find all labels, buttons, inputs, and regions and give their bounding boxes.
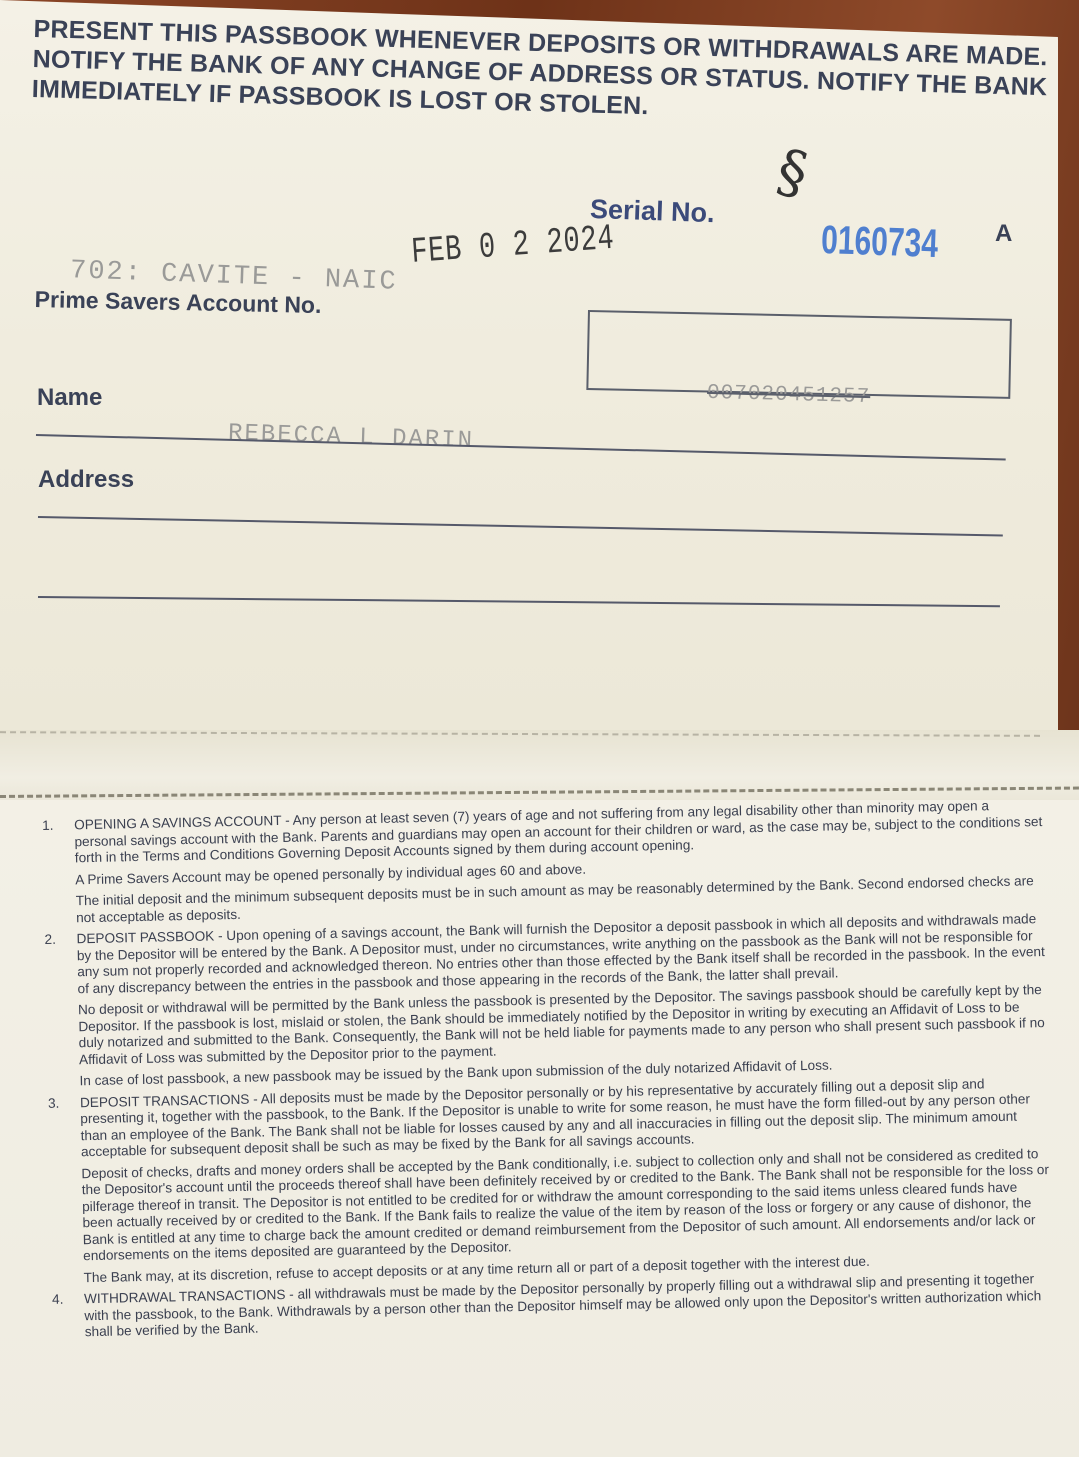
serial-suffix: A <box>995 220 1012 248</box>
account-number-value: 007020451257 <box>707 382 871 409</box>
terms-and-conditions: 1. OPENING A SAVINGS ACCOUNT - Any perso… <box>42 797 1053 1346</box>
term-item: 3. DEPOSIT TRANSACTIONS - All deposits m… <box>48 1074 1052 1286</box>
name-label: Name <box>37 384 102 412</box>
term-number: 3. <box>48 1095 60 1112</box>
term-number: 1. <box>42 818 54 835</box>
address-label: Address <box>38 466 134 494</box>
term-item: 2. DEPOSIT PASSBOOK - Upon opening of a … <box>44 911 1047 1090</box>
term-number: 2. <box>44 932 56 949</box>
term-item: 1. OPENING A SAVINGS ACCOUNT - Any perso… <box>42 797 1044 927</box>
serial-number: 0160734 <box>820 218 938 267</box>
passbook-fold <box>0 730 1079 810</box>
term-number: 4. <box>52 1292 64 1309</box>
term-paragraph: Deposit of checks, drafts and money orde… <box>81 1145 1051 1264</box>
